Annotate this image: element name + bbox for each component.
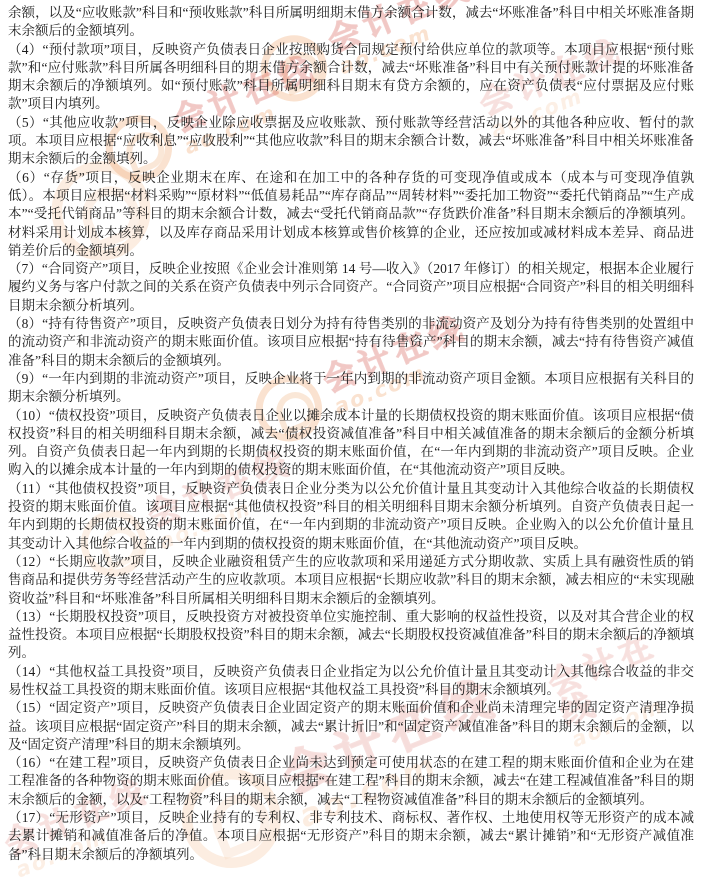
paragraph-continuation: 余额，以及“应收账款”科目和“预收账款”科目所属明细期末借方余额合计数，减去“坏… <box>8 4 694 41</box>
paragraph-item-4-prepayments: （4）“预付款项”项目，反映资产负债表日企业按照购货合同规定预付给供应单位的款项… <box>8 41 694 114</box>
paragraph-item-14-other-equity-instrument-investments: （14）“其他权益工具投资”项目，反映资产负债表日企业指定为以公允价值计量且其变… <box>8 663 694 700</box>
document-body: 余额，以及“应收账款”科目和“预收账款”科目所属明细期末借方余额合计数，减去“坏… <box>0 0 701 864</box>
paragraph-item-8-held-for-sale: （8）“持有待售资产”项目，反映资产负债表日划分为持有待售类别的非流动资产及划分… <box>8 315 694 370</box>
paragraph-item-5-other-receivables: （5）“其他应收款”项目，反映企业除应收票据及应收账款、预付账款等经营活动以外的… <box>8 114 694 169</box>
paragraph-item-17-intangible-assets: （17）“无形资产”项目，反映企业持有的专利权、非专利技术、商标权、著作权、土地… <box>8 809 694 864</box>
paragraph-item-11-other-debt-investments: （11）“其他债权投资”项目，反映资产负债表日企业分类为以公允价值计量且其变动计… <box>8 480 694 553</box>
paragraph-item-7-contract-assets: （7）“合同资产”项目，反映企业按照《企业会计准则第 14 号—收入》（2017… <box>8 260 694 315</box>
paragraph-item-13-long-term-equity-investments: （13）“长期股权投资”项目，反映投资方对被投资单位实施控制、重大影响的权益性投… <box>8 608 694 663</box>
paragraph-item-10-debt-investments: （10）“债权投资”项目，反映资产负债表日企业以摊余成本计量的长期债权投资的期末… <box>8 407 694 480</box>
paragraph-item-15-fixed-assets: （15）“固定资产”项目，反映资产负债表日企业固定资产的期末账面价值和企业尚未清… <box>8 699 694 754</box>
paragraph-item-9-noncurrent-due-within-one-year: （9）“一年内到期的非流动资产”项目，反映企业将于一年内到期的非流动资产项目金额… <box>8 370 694 407</box>
document-page: 会计在线 ao.com 会计在线 ao.com 会计在线 ao.com 会计在线… <box>0 0 701 885</box>
paragraph-item-16-construction-in-progress: （16）“在建工程”项目，反映资产负债表日企业尚未达到预定可使用状态的在建工程的… <box>8 754 694 809</box>
paragraph-item-6-inventories: （6）“存货”项目，反映企业期末在库、在途和在加工中的各种存货的可变现净值或成本… <box>8 169 694 260</box>
paragraph-item-12-long-term-receivables: （12）“长期应收款”项目，反映企业融资租赁产生的应收款项和采用递延方式分期收款… <box>8 553 694 608</box>
